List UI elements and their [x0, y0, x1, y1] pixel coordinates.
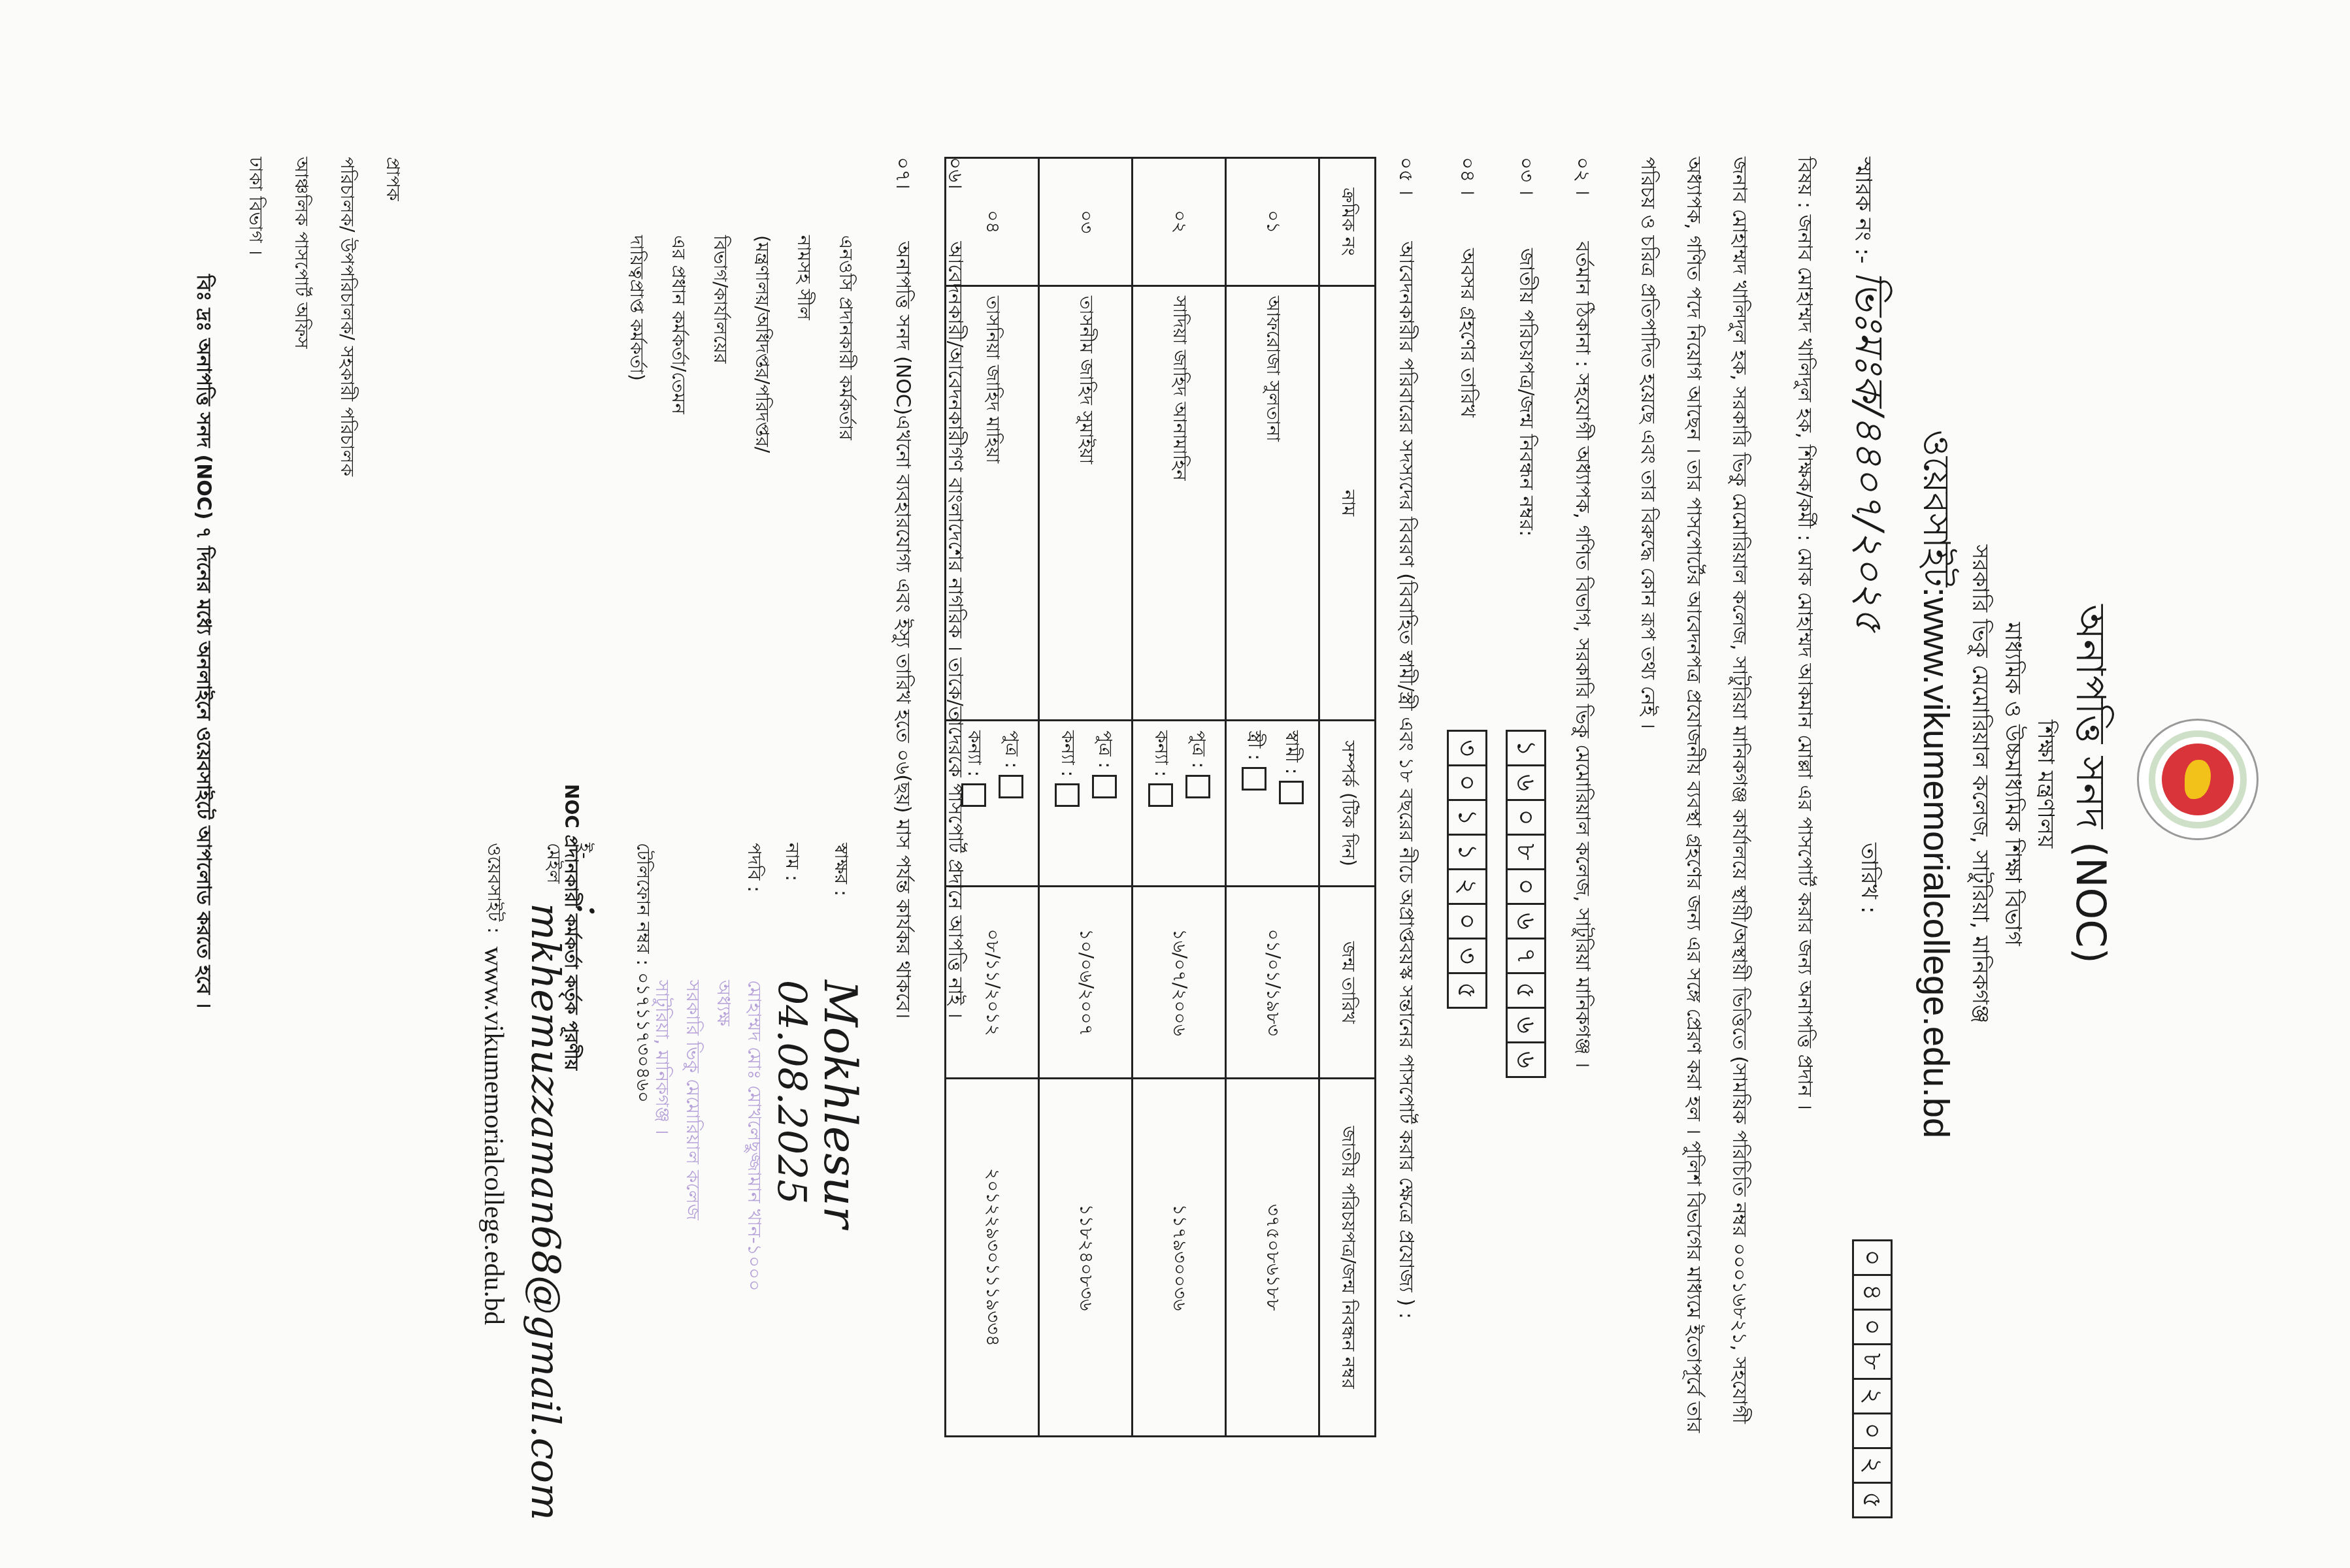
col-serial: ক্রমিক নং	[1319, 158, 1376, 286]
digit-box: ৫	[1447, 972, 1487, 1009]
phone-value: ০১৭১১৭৩০৪৬০	[627, 972, 657, 1103]
cell-dob: ০১/০১/১৯৮৩	[1226, 887, 1319, 1079]
item-family-details: ০৫ । আবেদনকারীর পরিবারের সদস্যদের বিবরণ …	[1389, 157, 1422, 1319]
clause-text: আবেদনকারী/আবেদনকারীগণ বাংলাদেশের নাগরিক …	[944, 242, 967, 1019]
signature-label: স্বাক্ষর :	[825, 843, 856, 960]
officer-line: (মন্ত্রণালয়/অধিদপ্তর/পরিদপ্তর/	[741, 235, 783, 453]
cell-serial: ০২	[1133, 158, 1226, 286]
table-header-row: ক্রমিক নং নাম সম্পর্ক (টিক দিন) জন্ম তার…	[1319, 158, 1376, 1437]
cell-relation: পুত্র :কন্যা :	[1039, 721, 1133, 887]
email-label: ই-মেইল	[537, 843, 599, 883]
signature-date: 04.08.2025	[769, 980, 814, 1205]
digit-box: ০	[1447, 764, 1487, 801]
recipient-line: আঞ্চলিক পাসপোর্ট অফিস	[278, 157, 324, 476]
cell-dob: ১৬/০৭/২০০৬	[1133, 887, 1226, 1079]
relation-option: পুত্র :	[1089, 730, 1119, 798]
item-label: আবেদনকারীর পরিবারের সদস্যদের বিবরণ (বিবা…	[1395, 242, 1417, 1319]
relation-checkbox[interactable]	[1279, 781, 1304, 804]
memo-value: ভিঃমঃক/৪৪০৭/২০২৫	[1846, 270, 1892, 632]
relation-option: স্বামী :	[1276, 730, 1306, 804]
cell-id-number: ২০১২২৯৩০১১১৯৩৩৪	[946, 1079, 1039, 1437]
digit-box: ০	[1506, 868, 1546, 905]
table-row: ০১আফরোজা সুলতানাস্বামী :স্ত্রী :০১/০১/১৯…	[1226, 158, 1319, 1437]
cell-id-number: ১১৮২৪০৮৩৬	[1039, 1079, 1133, 1437]
digit-box: ৪	[1852, 1274, 1893, 1311]
relation-checkbox[interactable]	[1242, 767, 1266, 791]
relation-label: কন্যা :	[1057, 730, 1079, 777]
date-boxes: ০৪০৮২০২৫	[1852, 1241, 1893, 1518]
item-number: ০২ ।	[1565, 157, 1598, 235]
item-present-address: ০২ । বর্তমান ঠিকানা : সহযোগী অধ্যাপক, গণ…	[1565, 157, 1598, 1068]
relation-option: স্ত্রী :	[1238, 730, 1269, 791]
document-title: অনাপত্তি সনদ (NOC)	[2054, 0, 2121, 1568]
website-label: ওয়েবসাইট:	[1916, 430, 1957, 597]
digit-box: ২	[1852, 1447, 1893, 1484]
date-label: তারিখ :	[1849, 843, 1886, 913]
clause-text: অনাপত্তি সনদ (NOC)এখনো ব্যবহারযোগ্য এবং …	[891, 242, 914, 1019]
cell-dob: ১০/০৬/২০০৭	[1039, 887, 1133, 1079]
item-retirement-date: ০৪ । অবসর গ্রহণের তারিখ ৩০১১২০৩৫	[1447, 157, 1487, 1009]
col-dob: জন্ম তারিখ	[1319, 887, 1376, 1079]
relation-checkbox[interactable]	[999, 775, 1023, 798]
official-stamp: মোহাম্মদ মোঃ মোখলেছুজ্জামান খান-১০০০ অধ্…	[646, 980, 769, 1292]
subject-line: বিষয় : জনাব মোহাম্মদ খালিদুল হক, শিক্ষক…	[1787, 157, 1821, 1110]
digit-box: ৫	[1506, 972, 1546, 1009]
clause-number: ০৭।	[885, 157, 919, 235]
email-value[interactable]: : mkhemuzzaman68@gmail.com	[522, 903, 614, 1520]
digit-box: ০	[1852, 1239, 1893, 1276]
recipient-line: পরিচালক/ উপপরিচালক/ সহকারী পরিচালক	[324, 157, 370, 476]
item-label: জাতীয় পরিচয়পত্র/জন্ম নিবন্ধন নম্বর:	[1510, 248, 1543, 719]
retirement-boxes: ৩০১১২০৩৫	[1447, 732, 1487, 1009]
relation-checkbox[interactable]	[1148, 783, 1173, 807]
digit-box: ৬	[1506, 1007, 1546, 1043]
digit-box: ০	[1852, 1413, 1893, 1449]
digit-box: ৬	[1506, 764, 1546, 801]
table-row: ০২সাদিয়া জাহিদ আনামাহিনপুত্র :কন্যা :১৬…	[1133, 158, 1226, 1437]
subject-text: জনাব মোহাম্মদ খালিদুল হক, শিক্ষক/কর্মী :…	[1793, 215, 1816, 1110]
footnote: বিঃ দ্রঃ অনাপত্তি সনদ (NOC) ৭ দিনের মধ্য…	[186, 274, 220, 1008]
phone-label: টেলিফোন নম্বর :	[627, 843, 657, 966]
government-emblem-icon	[2137, 719, 2259, 840]
col-relation: সম্পর্ক (টিক দিন)	[1319, 721, 1376, 887]
nid-boxes: ১৬০৮০৬৭৫৬৬	[1506, 732, 1546, 1078]
digit-box: ১	[1506, 730, 1546, 766]
recipient-label: প্রাপক	[370, 157, 416, 476]
digit-box: ০	[1447, 903, 1487, 939]
cell-relation: পুত্র :কন্যা :	[1133, 721, 1226, 887]
ministry-name: শিক্ষা মন্ত্রণালয়	[2025, 0, 2062, 1568]
item-separator: :	[1571, 361, 1594, 367]
stamp-line: সরকারি ভিকু মেমোরিয়াল কলেজ	[676, 980, 707, 1292]
recipient-line: ঢাকা বিভাগ ।	[233, 157, 278, 476]
digit-box: ০	[1506, 799, 1546, 836]
relation-label: পুত্র :	[1001, 730, 1023, 768]
digit-box: ১	[1447, 799, 1487, 836]
officer-details: স্বাক্ষর : Mokhlesur নাম : 04.08.2025 পদ…	[478, 843, 867, 1496]
cell-id-number: ৩৭৫০৮৬১৮৮	[1226, 1079, 1319, 1437]
officer-line: নামসহ সীল	[783, 235, 825, 453]
cell-name: তাসনীম জাহিদ সুমাইয়া	[1039, 286, 1133, 720]
subject-label: বিষয় :	[1793, 157, 1816, 208]
cell-name: সাদিয়া জাহিদ আনামাহিন	[1133, 286, 1226, 720]
relation-checkbox[interactable]	[1055, 783, 1080, 807]
division-name: মাধ্যমিক ও উচ্চমাধ্যমিক শিক্ষা বিভাগ	[1993, 0, 2030, 1568]
relation-label: পুত্র :	[1095, 730, 1116, 768]
clause-number: ০৬।	[938, 157, 971, 235]
item-label: বর্তমান ঠিকানা	[1571, 242, 1594, 355]
digit-box: ১	[1447, 834, 1487, 870]
cell-name: আফরোজা সুলতানা	[1226, 286, 1319, 720]
digit-box: ২	[1852, 1378, 1893, 1414]
relation-label: পুত্র :	[1188, 730, 1210, 768]
family-members-table: ক্রমিক নং নাম সম্পর্ক (টিক দিন) জন্ম তার…	[944, 157, 1376, 1437]
item-number: ০৩ ।	[1510, 157, 1543, 235]
stamp-line: মোহাম্মদ মোঃ মোখলেছুজ্জামান খান-১০০০	[738, 980, 769, 1292]
digit-box: ৮	[1506, 834, 1546, 870]
relation-checkbox[interactable]	[1185, 775, 1210, 798]
intro-paragraph: জনাব মোহাম্মদ খালিদুল হক, সরকারি ভিকু মে…	[1625, 157, 1762, 1437]
relation-label: স্বামী :	[1282, 730, 1303, 774]
digit-box: ৫	[1852, 1482, 1893, 1518]
website-link[interactable]: www.vikumemorialcollege.edu.bd	[478, 947, 509, 1325]
relation-option: পুত্র :	[995, 730, 1026, 798]
table-row: ০৩তাসনীম জাহিদ সুমাইয়াপুত্র :কন্যা :১০/…	[1039, 158, 1133, 1437]
relation-option: পুত্র :	[1182, 730, 1213, 798]
clause-citizenship: ০৬। আবেদনকারী/আবেদনকারীগণ বাংলাদেশের নাগ…	[938, 157, 971, 1019]
digit-box: ৬	[1506, 1041, 1546, 1078]
digit-box: ৩	[1447, 730, 1487, 766]
relation-option: কন্যা :	[1051, 730, 1082, 807]
memo-number: স্মারক নং :- ভিঃমঃক/৪৪০৭/২০২৫	[1834, 157, 1899, 632]
relation-checkbox[interactable]	[1092, 775, 1117, 798]
cell-serial: ০১	[1226, 158, 1319, 286]
designation-label: পদবি :	[738, 843, 769, 960]
stamp-line: অধ্যক্ষ	[707, 980, 738, 1292]
digit-box: ০	[1852, 1309, 1893, 1345]
officer-line: এর প্রধান কর্মকর্তা/তেমন	[657, 235, 699, 453]
item-value: সহযোগী অধ্যাপক, গণিত বিভাগ, সরকারি ভিকু …	[1571, 374, 1594, 1068]
item-number: ০৫ ।	[1389, 157, 1422, 235]
col-id-number: জাতীয় পরিচয়পত্র/জন্ম নিবন্ধন নম্বর	[1319, 1079, 1376, 1437]
relation-label: কন্যা :	[1151, 730, 1172, 777]
cell-serial: ০৩	[1039, 158, 1133, 286]
officer-line: এনওসি প্রদানকারী কর্মকর্তার	[825, 235, 867, 453]
item-number: ০৪ ।	[1451, 157, 1484, 235]
website-link[interactable]: www.vikumemorialcollege.edu.bd	[1916, 597, 1957, 1138]
name-label: নাম :	[776, 843, 807, 960]
institution-name: সরকারি ভিকু মেমোরিয়াল কলেজ, সাটুরিয়া, …	[1960, 0, 1997, 1568]
officer-line: বিভাগ/কার্যালয়ের	[699, 235, 741, 453]
signature: Mokhlesur	[814, 980, 867, 1228]
officer-line: দায়িত্বপ্রাপ্ত কর্মকর্তা)	[616, 235, 657, 453]
relation-option: কন্যা :	[1145, 730, 1176, 807]
issuing-officer-block: এনওসি প্রদানকারী কর্মকর্তার নামসহ সীল (ম…	[616, 235, 867, 453]
digit-box: ২	[1447, 868, 1487, 905]
clause-validity: ০৭। অনাপত্তি সনদ (NOC)এখনো ব্যবহারযোগ্য …	[885, 157, 919, 1019]
noc-document-page: অনাপত্তি সনদ (NOC) শিক্ষা মন্ত্রণালয় মা…	[0, 0, 2350, 1568]
digit-box: ৭	[1506, 938, 1546, 974]
recipient-block: প্রাপক পরিচালক/ উপপরিচালক/ সহকারী পরিচাল…	[233, 157, 416, 476]
digit-box: ৬	[1506, 903, 1546, 939]
digit-box: ৩	[1447, 938, 1487, 974]
website-header: ওয়েবসাইট:www.vikumemorialcollege.edu.bd	[1903, 0, 1964, 1568]
item-nid: ০৩ । জাতীয় পরিচয়পত্র/জন্ম নিবন্ধন নম্ব…	[1506, 157, 1546, 1078]
item-label: অবসর গ্রহণের তারিখ	[1451, 248, 1484, 719]
memo-label: স্মারক নং :-	[1850, 157, 1876, 263]
website-label: ওয়েবসাইট :	[478, 843, 509, 934]
digit-box: ৮	[1852, 1343, 1893, 1380]
cell-id-number: ১১৭৯৩০০৩৬	[1133, 1079, 1226, 1437]
col-name: নাম	[1319, 286, 1376, 720]
relation-label: স্ত্রী :	[1244, 730, 1266, 760]
cell-relation: স্বামী :স্ত্রী :	[1226, 721, 1319, 887]
